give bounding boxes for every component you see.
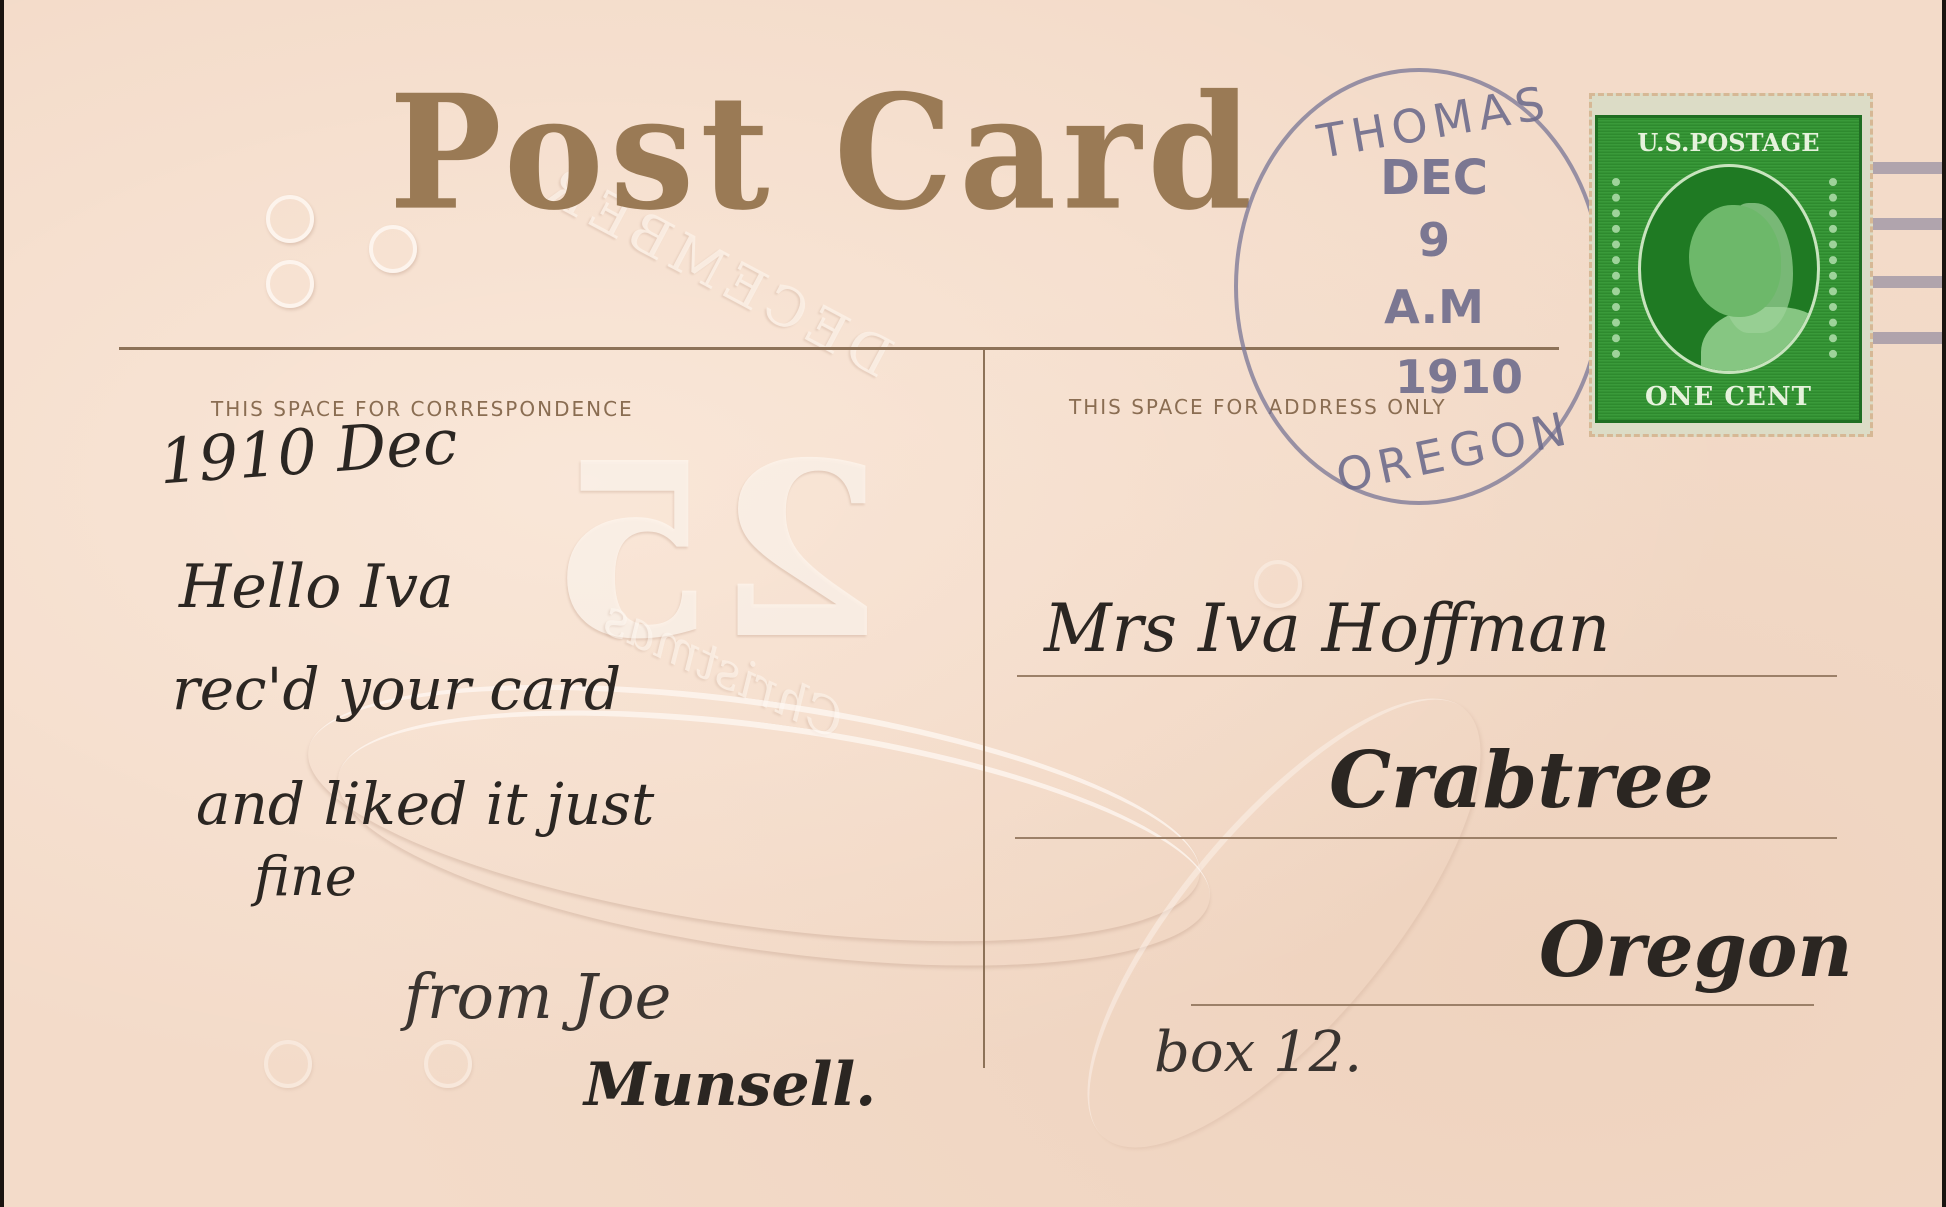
laurel-right-icon <box>1829 178 1853 358</box>
embossed-ribbon <box>1025 642 1543 1203</box>
postcard-title: Post Card <box>389 74 1258 232</box>
stamp-top-text: U.S.POSTAGE <box>1608 128 1849 157</box>
message-signature: Munsell. <box>584 1050 876 1120</box>
postmark-month: DEC <box>1364 150 1504 206</box>
message-signoff: from Joe <box>404 960 671 1033</box>
postmark-time: A.M <box>1369 280 1499 334</box>
postmark-day: 9 <box>1394 213 1474 267</box>
stamp-denomination: ONE CENT <box>1608 382 1849 412</box>
address-line <box>1017 675 1837 677</box>
center-divider <box>983 348 985 1068</box>
holly-berry-icon <box>266 260 314 308</box>
postage-stamp: U.S.POSTAGE ONE CENT <box>1589 93 1873 437</box>
address-recipient: Mrs Iva Hoffman <box>1044 590 1610 667</box>
address-state: Oregon <box>1539 905 1853 994</box>
holly-berry-icon <box>264 1040 312 1088</box>
holly-berry-icon <box>266 195 314 243</box>
address-line <box>1191 1004 1814 1006</box>
stamp-design: U.S.POSTAGE ONE CENT <box>1595 115 1862 423</box>
message-date: 1910 Dec <box>157 405 460 499</box>
message-line: Hello Iva <box>179 552 454 622</box>
message-line: and liked it just <box>196 770 654 838</box>
address-box: box 12. <box>1154 1020 1362 1085</box>
postcard-back: DECEMBER 25 Christmas Post Card THIS SPA… <box>4 0 1942 1207</box>
message-line: fine <box>254 845 357 908</box>
message-line: rec'd your card <box>172 655 621 723</box>
embossed-greeting: Christmas <box>594 588 853 750</box>
portrait-oval <box>1638 164 1820 374</box>
postmark-year: 1910 <box>1389 350 1529 404</box>
holly-berry-icon <box>424 1040 472 1088</box>
address-line <box>1015 837 1837 839</box>
laurel-left-icon <box>1612 178 1636 358</box>
embossed-numeral: 25 <box>549 410 883 692</box>
franklin-portrait-icon <box>1689 205 1781 317</box>
address-town: Crabtree <box>1329 735 1714 826</box>
